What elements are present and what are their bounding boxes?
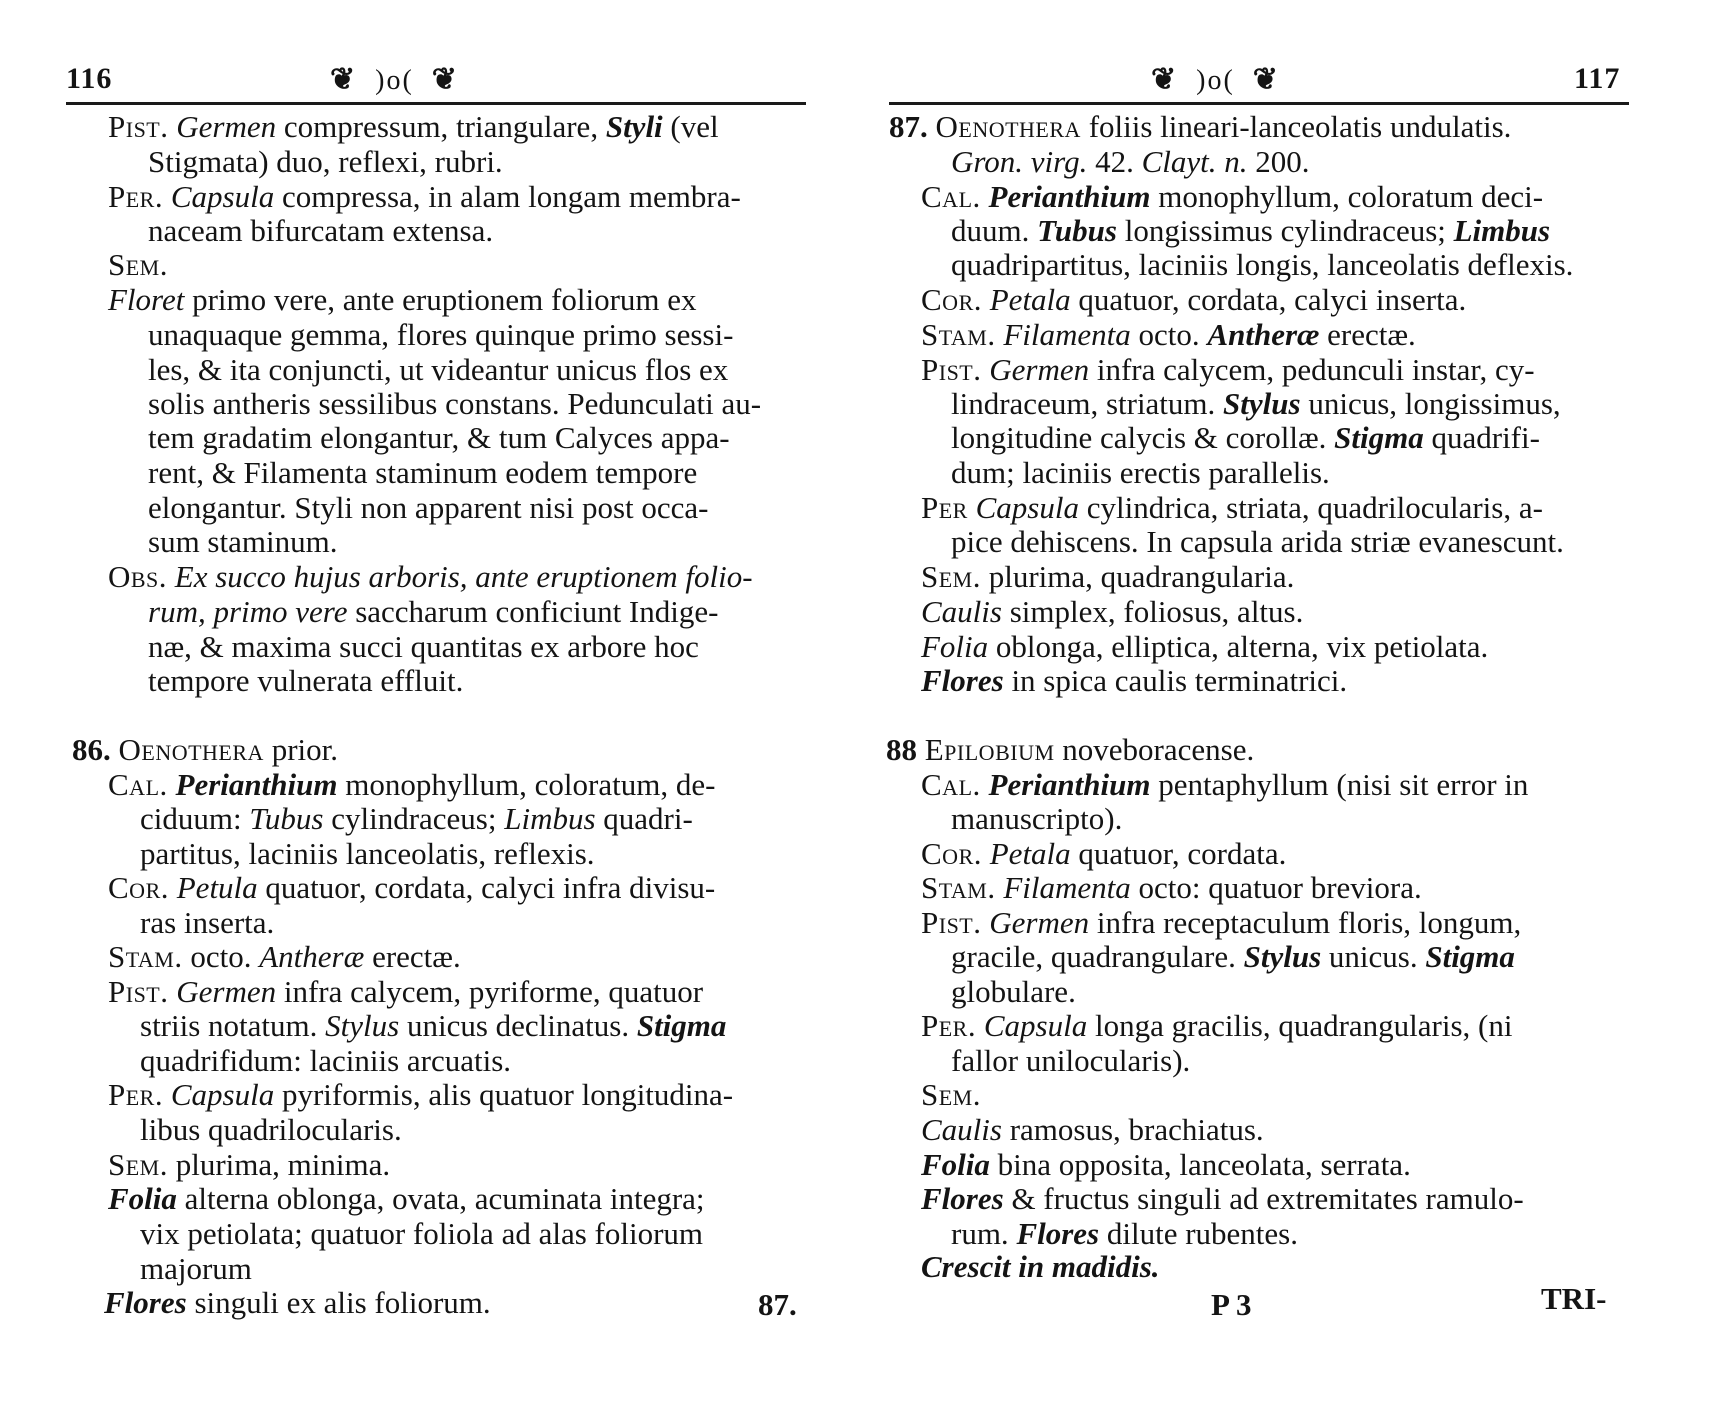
section-label: Pist. — [921, 905, 982, 940]
text-line: sum staminum. — [148, 525, 337, 559]
section-label: Cal. — [921, 179, 981, 214]
text-run: dilute rubentes. — [1099, 1216, 1298, 1251]
term-italic: Germen — [176, 109, 276, 144]
text-line: Per. Capsula compressa, in alam longam m… — [108, 180, 741, 214]
section-label: Sem. — [921, 559, 981, 594]
text-run: unaquaque gemma, flores quinque primo se… — [148, 317, 733, 352]
text-line: Flores singuli ex alis foliorum. — [104, 1286, 491, 1320]
text-line: Pist. Germen compressum, triangulare, St… — [108, 110, 719, 144]
term-italic: Stylus — [325, 1008, 399, 1043]
entry-number: 87. — [889, 109, 928, 144]
text-line: rum. Flores dilute rubentes. — [951, 1217, 1298, 1251]
genus-name: Epilobium — [925, 732, 1055, 767]
text-line: lindraceum, striatum. Stylus unicus, lon… — [951, 387, 1561, 421]
text-run: pice dehiscens. In capsula arida striæ e… — [951, 524, 1564, 559]
term-italic: Floret — [108, 282, 184, 317]
text-run: (vel — [663, 109, 719, 144]
text-run: majorum — [140, 1251, 252, 1286]
text-run: sum staminum. — [148, 524, 337, 559]
catchword: 87. — [758, 1287, 797, 1323]
fleuron-icon: ❦ — [1253, 63, 1280, 96]
text-line: Sem. — [921, 1078, 981, 1112]
text-line: Sem. plurima, quadrangularia. — [921, 560, 1294, 594]
term-italic: Tubus — [249, 801, 323, 836]
text-run: rum. — [951, 1216, 1016, 1251]
text-run: longitudine calycis & corollæ. — [951, 420, 1334, 455]
term-italic: Tubus — [1037, 213, 1117, 248]
text-run: octo. — [183, 939, 260, 974]
section-label: Per. — [108, 179, 163, 214]
text-run: les, & ita conjuncti, ut videantur unicu… — [148, 352, 728, 387]
text-line: 86. Oenothera prior. — [72, 733, 338, 767]
section-label: Pist. — [108, 109, 169, 144]
term-italic: Perianthium — [176, 767, 338, 802]
genus-name: Oenothera — [936, 109, 1081, 144]
text-run: striis notatum. — [140, 1008, 325, 1043]
section-label: Sem. — [108, 247, 168, 282]
text-line: Cal. Perianthium pentaphyllum (nisi sit … — [921, 768, 1528, 802]
text-run: infra calycem, pedunculi instar, cy- — [1089, 352, 1535, 387]
header-ornament: ❦ )o( ❦ — [330, 62, 459, 97]
text-line: Flores & fructus singuli ad extremitates… — [921, 1182, 1524, 1216]
text-line: Per. Capsula longa gracilis, quadrangula… — [921, 1009, 1513, 1043]
text-line: Pist. Germen infra receptaculum floris, … — [921, 906, 1521, 940]
term-italic: Capsula — [976, 490, 1079, 525]
text-run: compressa, in alam longam membra- — [274, 179, 741, 214]
text-line: 88 Epilobium noveboracense. — [886, 733, 1254, 767]
term-italic: Antheræ — [1207, 317, 1319, 352]
text-run: saccharum conficiunt Indige- — [347, 594, 718, 629]
fleuron-icon: ❦ — [1151, 63, 1178, 96]
text-run: lindraceum, striatum. — [951, 386, 1223, 421]
text-line: naceam bifurcatam extensa. — [148, 214, 493, 248]
section-label: Pist. — [108, 974, 169, 1009]
term-italic: Petala — [990, 836, 1071, 871]
text-line: Gron. virg. 42. Clayt. n. 200. — [951, 145, 1310, 179]
text-run: quadripartitus, laciniis longis, lanceol… — [951, 247, 1573, 282]
text-line: Crescit in madidis. — [921, 1250, 1160, 1284]
text-run: unicus, longissimus, — [1301, 386, 1561, 421]
text-run: erectæ. — [364, 939, 460, 974]
term-italic: Limbus — [1454, 213, 1550, 248]
text-line: Cor. Petula quatuor, cordata, calyci inf… — [108, 871, 715, 905]
ornament-center: )o( — [375, 65, 414, 96]
term-italic: rum, primo vere — [148, 594, 347, 629]
section-label: Stam. — [108, 939, 183, 974]
term-italic: Stylus — [1223, 386, 1301, 421]
term-italic: Ex succo hujus arboris, ante eruptionem … — [175, 559, 753, 594]
term-italic: Perianthium — [989, 767, 1151, 802]
text-run: ramosus, brachiatus. — [1002, 1112, 1264, 1147]
text-run: primo vere, ante eruptionem foliorum ex — [184, 282, 696, 317]
text-run: Stigmata) duo, reflexi, rubri. — [148, 144, 503, 179]
text-line: Per Capsula cylindrica, striata, quadril… — [921, 491, 1543, 525]
section-label: Sem. — [108, 1147, 168, 1182]
section-label: Per. — [921, 1008, 976, 1043]
text-run: gracile, quadrangulare. — [951, 939, 1244, 974]
text-line: longitudine calycis & corollæ. Stigma qu… — [951, 421, 1540, 455]
text-run: duum. — [951, 213, 1037, 248]
header-rule — [66, 102, 806, 105]
term-italic: Capsula — [984, 1008, 1087, 1043]
text-line: pice dehiscens. In capsula arida striæ e… — [951, 525, 1564, 559]
term-italic: Filamenta — [1003, 317, 1130, 352]
text-line: ciduum: Tubus cylindraceus; Limbus quadr… — [140, 802, 693, 836]
section-label: Per. — [108, 1077, 163, 1112]
text-line: Caulis ramosus, brachiatus. — [921, 1113, 1264, 1147]
text-run: foliis lineari-lanceolatis undulatis. — [1081, 109, 1511, 144]
text-run: simplex, foliosus, altus. — [1002, 594, 1303, 629]
term-italic: Crescit in madidis. — [921, 1249, 1160, 1284]
text-run: tem gradatim elongantur, & tum Calyces a… — [148, 420, 730, 455]
text-run: prior. — [264, 732, 338, 767]
term-italic: Petala — [990, 282, 1071, 317]
text-run: monophyllum, coloratum deci- — [1150, 179, 1543, 214]
term-italic: Flores — [1016, 1216, 1099, 1251]
text-line: tempore vulnerata effluit. — [148, 664, 463, 698]
text-run: tempore vulnerata effluit. — [148, 663, 463, 698]
text-run: ras inserta. — [140, 905, 274, 940]
text-run: quatuor, cordata, calyci infra divisu- — [258, 870, 716, 905]
term-italic: Stylus — [1244, 939, 1322, 974]
term-italic: Stigma — [637, 1008, 727, 1043]
text-line: rum, primo vere saccharum conficiunt Ind… — [148, 595, 718, 629]
text-run: solis antheris sessilibus constans. Pedu… — [148, 386, 761, 421]
section-label: Cor. — [921, 282, 982, 317]
text-line: Pist. Germen infra calycem, pedunculi in… — [921, 353, 1535, 387]
section-label: Cor. — [108, 870, 169, 905]
section-label: Cal. — [921, 767, 981, 802]
text-run: infra receptaculum floris, longum, — [1089, 905, 1521, 940]
term-italic: Perianthium — [989, 179, 1151, 214]
text-run: & fructus singuli ad extremitates ramulo… — [1004, 1181, 1524, 1216]
text-line: Folia bina opposita, lanceolata, serrata… — [921, 1148, 1411, 1182]
term-italic: Folia — [921, 1147, 990, 1182]
text-line: libus quadrilocularis. — [140, 1113, 402, 1147]
text-line: quadrifidum: laciniis arcuatis. — [140, 1044, 511, 1078]
text-line: Sem. — [108, 248, 168, 282]
catchword: TRI- — [1541, 1281, 1606, 1317]
fleuron-icon: ❦ — [330, 63, 357, 96]
text-line: Folia oblonga, elliptica, alterna, vix p… — [921, 630, 1488, 664]
text-run: plurima, quadrangularia. — [981, 559, 1294, 594]
running-header: 116 ❦ )o( ❦ — [0, 62, 859, 96]
term-italic: Flores — [921, 1181, 1004, 1216]
term-italic: Stigma — [1334, 420, 1424, 455]
running-header: ❦ )o( ❦ 117 — [859, 62, 1718, 96]
text-run: quadrifidum: laciniis arcuatis. — [140, 1043, 511, 1078]
entry-number: 88 — [886, 732, 917, 767]
section-label: Stam. — [921, 317, 996, 352]
text-run: unicus. — [1321, 939, 1425, 974]
text-line: manuscripto). — [951, 802, 1122, 836]
term-italic: Caulis — [921, 1112, 1002, 1147]
text-run: quatuor, cordata. — [1071, 836, 1287, 871]
text-run: longa gracilis, quadrangularis, (ni — [1087, 1008, 1512, 1043]
text-run: fallor unilocularis). — [951, 1043, 1190, 1078]
text-run: quadrifi- — [1424, 420, 1540, 455]
genus-name: Oenothera — [119, 732, 264, 767]
text-run: næ, & maxima succi quantitas ex arbore h… — [148, 629, 699, 664]
term-italic: Styli — [606, 109, 663, 144]
text-line: tem gradatim elongantur, & tum Calyces a… — [148, 421, 730, 455]
right-page: ❦ )o( ❦ 117 87. Oenothera foliis lineari… — [859, 0, 1718, 1410]
text-line: majorum — [140, 1252, 252, 1286]
term-italic: Stigma — [1425, 939, 1515, 974]
text-run: monophyllum, coloratum, de- — [337, 767, 715, 802]
text-run: 200. — [1248, 144, 1310, 179]
text-line: Cor. Petala quatuor, cordata. — [921, 837, 1286, 871]
term-italic: Folia — [921, 629, 988, 664]
text-run: compressum, triangulare, — [276, 109, 606, 144]
text-line: Caulis simplex, foliosus, altus. — [921, 595, 1303, 629]
text-run: octo: quatuor breviora. — [1131, 870, 1422, 905]
section-label: Stam. — [921, 870, 996, 905]
text-line: Cor. Petala quatuor, cordata, calyci ins… — [921, 283, 1466, 317]
section-label: Cal. — [108, 767, 168, 802]
text-line: Stam. Filamenta octo: quatuor breviora. — [921, 871, 1422, 905]
text-line: gracile, quadrangulare. Stylus unicus. S… — [951, 940, 1515, 974]
header-rule — [889, 102, 1629, 105]
text-line: fallor unilocularis). — [951, 1044, 1190, 1078]
text-line: globulare. — [951, 975, 1076, 1009]
term-italic: Filamenta — [1003, 870, 1130, 905]
text-run: quatuor, cordata, calyci inserta. — [1071, 282, 1467, 317]
text-line: Stam. Filamenta octo. Antheræ erectæ. — [921, 318, 1416, 352]
header-ornament: ❦ )o( ❦ — [1151, 62, 1280, 97]
text-run: noveboracense. — [1055, 732, 1255, 767]
ornament-center: )o( — [1196, 65, 1235, 96]
text-run: bina opposita, lanceolata, serrata. — [990, 1147, 1411, 1182]
term-italic: Germen — [989, 905, 1089, 940]
section-label: Per — [921, 490, 968, 525]
text-run: pyriformis, alis quatuor longitudina- — [274, 1077, 733, 1112]
text-run: singuli ex alis foliorum. — [187, 1285, 491, 1320]
text-line: Sem. plurima, minima. — [108, 1148, 390, 1182]
term-italic: Caulis — [921, 594, 1002, 629]
text-run: octo. — [1131, 317, 1208, 352]
text-line: Stigmata) duo, reflexi, rubri. — [148, 145, 503, 179]
text-run: longissimus cylindraceus; — [1117, 213, 1454, 248]
term-italic: Folia — [108, 1181, 177, 1216]
text-run: partitus, laciniis lanceolatis, reflexis… — [140, 836, 595, 871]
text-run: naceam bifurcatam extensa. — [148, 213, 493, 248]
text-line: Floret primo vere, ante eruptionem folio… — [108, 283, 697, 317]
section-label: Obs. — [108, 559, 167, 594]
text-line: Per. Capsula pyriformis, alis quatuor lo… — [108, 1078, 733, 1112]
signature-mark: P 3 — [1211, 1287, 1251, 1323]
term-italic: Flores — [104, 1285, 187, 1320]
entry-number: 86. — [72, 732, 111, 767]
text-line: ras inserta. — [140, 906, 274, 940]
text-run: oblonga, elliptica, alterna, vix petiola… — [988, 629, 1488, 664]
text-line: rent, & Filamenta staminum eodem tempore — [148, 456, 697, 490]
term-italic: Clayt. n. — [1142, 144, 1248, 179]
text-run: unicus declinatus. — [399, 1008, 637, 1043]
text-line: Stam. octo. Antheræ erectæ. — [108, 940, 461, 974]
text-run: plurima, minima. — [168, 1147, 390, 1182]
text-run: globulare. — [951, 974, 1076, 1009]
text-line: partitus, laciniis lanceolatis, reflexis… — [140, 837, 595, 871]
section-label: Cor. — [921, 836, 982, 871]
text-run: pentaphyllum (nisi sit error in — [1150, 767, 1528, 802]
text-line: Pist. Germen infra calycem, pyriforme, q… — [108, 975, 703, 1009]
text-line: Flores in spica caulis terminatrici. — [921, 664, 1347, 698]
term-italic: Capsula — [171, 1077, 274, 1112]
text-run: alterna oblonga, ovata, acuminata integr… — [177, 1181, 705, 1216]
term-italic: Capsula — [171, 179, 274, 214]
term-italic: Petula — [177, 870, 258, 905]
text-run: infra calycem, pyriforme, quatuor — [276, 974, 703, 1009]
left-page: 116 ❦ )o( ❦ Pist. Germen compressum, tri… — [0, 0, 859, 1410]
page-number: 116 — [66, 62, 112, 96]
text-run: ciduum: — [140, 801, 249, 836]
text-line: 87. Oenothera foliis lineari-lanceolatis… — [889, 110, 1511, 144]
text-line: dum; laciniis erectis parallelis. — [951, 456, 1330, 490]
text-run: 42. — [1087, 144, 1141, 179]
text-line: Cal. Perianthium monophyllum, coloratum,… — [108, 768, 715, 802]
term-italic: Gron. virg. — [951, 144, 1087, 179]
text-run: vix petiolata; quatuor foliola ad alas f… — [140, 1216, 703, 1251]
text-line: Folia alterna oblonga, ovata, acuminata … — [108, 1182, 705, 1216]
text-run: erectæ. — [1319, 317, 1415, 352]
text-line: vix petiolata; quatuor foliola ad alas f… — [140, 1217, 703, 1251]
text-run: cylindraceus; — [323, 801, 504, 836]
text-line: Cal. Perianthium monophyllum, coloratum … — [921, 180, 1543, 214]
text-line: duum. Tubus longissimus cylindraceus; Li… — [951, 214, 1550, 248]
term-italic: Antheræ — [259, 939, 364, 974]
text-run: cylindrica, striata, quadrilocularis, a- — [1079, 490, 1543, 525]
text-run: quadri- — [596, 801, 693, 836]
text-run: elongantur. Styli non apparent nisi post… — [148, 490, 708, 525]
term-italic: Flores — [921, 663, 1004, 698]
text-line: næ, & maxima succi quantitas ex arbore h… — [148, 630, 699, 664]
section-label: Sem. — [921, 1077, 981, 1112]
term-italic: Limbus — [504, 801, 595, 836]
page-number: 117 — [1574, 62, 1620, 96]
text-line: les, & ita conjuncti, ut videantur unicu… — [148, 353, 728, 387]
section-label: Pist. — [921, 352, 982, 387]
text-line: striis notatum. Stylus unicus declinatus… — [140, 1009, 726, 1043]
term-italic: Germen — [176, 974, 276, 1009]
text-run: in spica caulis terminatrici. — [1004, 663, 1347, 698]
text-line: quadripartitus, laciniis longis, lanceol… — [951, 248, 1573, 282]
text-run: manuscripto). — [951, 801, 1122, 836]
text-line: Obs. Ex succo hujus arboris, ante erupti… — [108, 560, 753, 594]
text-line: solis antheris sessilibus constans. Pedu… — [148, 387, 761, 421]
text-line: unaquaque gemma, flores quinque primo se… — [148, 318, 733, 352]
fleuron-icon: ❦ — [432, 63, 459, 96]
text-line: elongantur. Styli non apparent nisi post… — [148, 491, 708, 525]
text-run: rent, & Filamenta staminum eodem tempore — [148, 455, 697, 490]
text-run: libus quadrilocularis. — [140, 1112, 402, 1147]
text-run: dum; laciniis erectis parallelis. — [951, 455, 1330, 490]
term-italic: Germen — [989, 352, 1089, 387]
